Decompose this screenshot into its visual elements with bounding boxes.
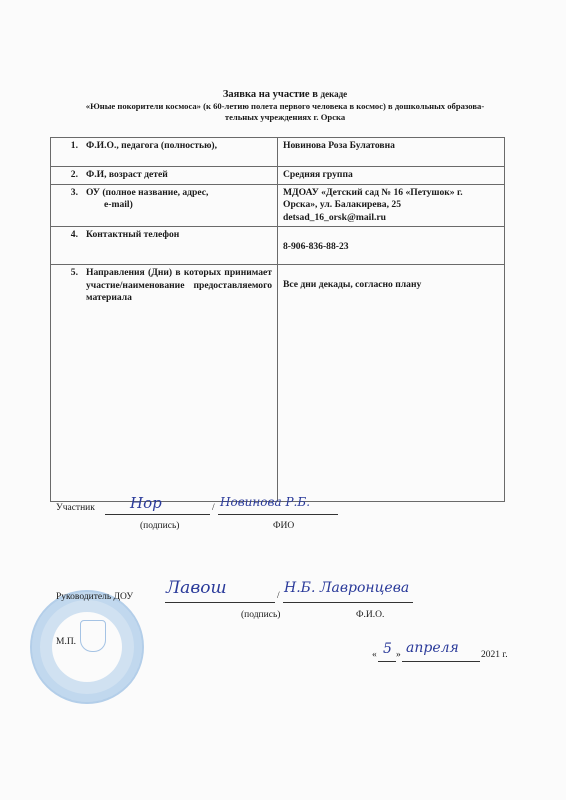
teacher-name-value: Новинова Роза Булатовна <box>283 140 395 151</box>
row-value-cell: 8-906-836-88-23 <box>278 227 505 265</box>
title-sub-line1: «Юные покорители космоса» (к 60-летию по… <box>40 101 530 112</box>
row-label-continuation: e-mail) <box>56 199 272 212</box>
row-value-cell: Все дни декады, согласно плану <box>278 265 505 502</box>
row-number: 4. <box>56 229 78 242</box>
head-name-caption: Ф.И.О. <box>356 610 384 620</box>
head-signature-caption: (подпись) <box>241 610 280 620</box>
head-label: Руководитель ДОУ <box>56 592 133 602</box>
seal-emblem-icon <box>80 620 106 652</box>
participant-signature: Нор <box>130 494 162 512</box>
title-main: Заявка на участие в декаде <box>40 88 530 101</box>
application-table: 1.Ф.И.О., педагога (полностью), Новинова… <box>50 137 505 502</box>
row-label-cell: 3.ОУ (полное название, адрес, e-mail) <box>51 184 278 227</box>
date-year: 2021 г. <box>481 650 508 660</box>
row-number: 2. <box>56 169 78 182</box>
participant-name-caption: ФИО <box>273 521 294 531</box>
row-value-cell: Новинова Роза Булатовна <box>278 138 505 167</box>
date-close-quote: » <box>396 650 401 660</box>
row-number: 3. <box>56 187 78 200</box>
row-label-cell: 1.Ф.И.О., педагога (полностью), <box>51 138 278 167</box>
row-label: Направления (Дни) в которых принимает уч… <box>86 267 272 305</box>
children-group-value: Средняя группа <box>283 169 353 180</box>
date-day: 5 <box>383 641 392 657</box>
head-name-handwritten: Н.Б. Лавронцева <box>284 580 409 596</box>
row-label: Контактный телефон <box>86 229 179 240</box>
slash-divider: / <box>277 591 280 601</box>
row-value-cell: МДОАУ «Детский сад № 16 «Петушок» г. Орс… <box>278 184 505 227</box>
table-row: 2.Ф.И, возраст детей Средняя группа <box>51 167 505 185</box>
row-number: 5. <box>56 267 78 305</box>
row-value-cell: Средняя группа <box>278 167 505 185</box>
head-signature: Лавош <box>166 578 227 598</box>
slash-divider: / <box>212 503 215 513</box>
table-row: 3.ОУ (полное название, адрес, e-mail) МД… <box>51 184 505 227</box>
title-main-small: декаде <box>321 89 348 99</box>
phone-value: 8-906-836-88-23 <box>283 241 349 252</box>
date-open-quote: « <box>372 650 377 660</box>
title-sub-line2: тельных учреждениях г. Орска <box>40 112 530 123</box>
seal-label: М.П. <box>56 637 76 647</box>
directions-value: Все дни декады, согласно плану <box>283 279 421 290</box>
row-label: Ф.И.О., педагога (полностью), <box>86 140 217 151</box>
table-row: 4.Контактный телефон 8-906-836-88-23 <box>51 227 505 265</box>
institution-value: МДОАУ «Детский сад № 16 «Петушок» г. Орс… <box>283 187 499 212</box>
row-number: 1. <box>56 140 78 153</box>
participant-label: Участник <box>56 503 95 513</box>
table-row: 1.Ф.И.О., педагога (полностью), Новинова… <box>51 138 505 167</box>
table-row: 5. Направления (Дни) в которых принимает… <box>51 265 505 502</box>
row-label: ОУ (полное название, адрес, <box>86 187 208 198</box>
row-label-cell: 4.Контактный телефон <box>51 227 278 265</box>
row-label-cell: 2.Ф.И, возраст детей <box>51 167 278 185</box>
institution-email[interactable]: detsad_16_orsk@mail.ru <box>283 212 499 225</box>
seal-stamp <box>30 590 144 704</box>
title-main-text: Заявка на участие в <box>223 89 318 100</box>
participant-signature-caption: (подпись) <box>140 521 179 531</box>
document-title: Заявка на участие в декаде «Юные покорит… <box>40 88 530 123</box>
row-label-cell: 5. Направления (Дни) в которых принимает… <box>51 265 278 502</box>
row-label: Ф.И, возраст детей <box>86 169 168 180</box>
participant-name-handwritten: Новинова Р.Б. <box>220 495 310 509</box>
date-month: апреля <box>406 640 459 656</box>
